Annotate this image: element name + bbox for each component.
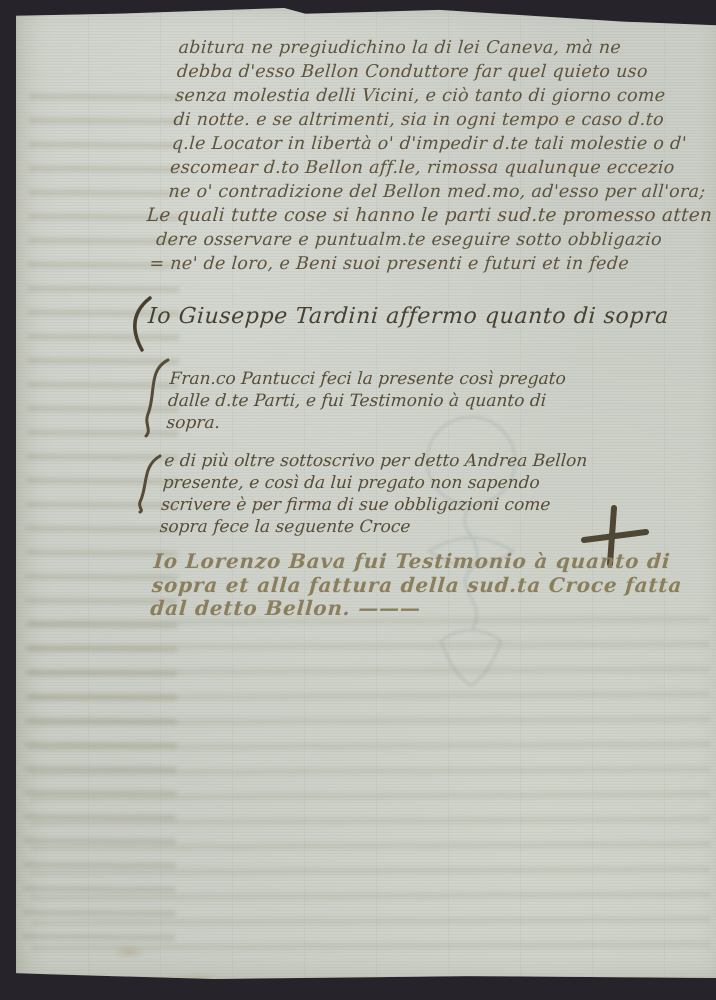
paper-stain bbox=[112, 944, 146, 960]
paper-stain bbox=[166, 972, 226, 986]
watermark bbox=[351, 391, 591, 701]
main-paragraph: abitura ne pregiudichino la di lei Canev… bbox=[163, 36, 716, 276]
manuscript-line: q.le Locator in libertà o' d'impedir d.t… bbox=[171, 132, 716, 156]
manuscript-photo: { "photo": { "background_color": "#26232… bbox=[0, 0, 716, 1000]
manuscript-line: escomear d.to Bellon aff.le, rimossa qua… bbox=[169, 156, 716, 180]
witness-statement-continued: e di più oltre sottoscrivo per detto And… bbox=[159, 450, 588, 538]
manuscript-line: debba d'esso Bellon Conduttore far quel … bbox=[176, 60, 716, 84]
affirmation-signature: Io Giuseppe Tardini affermo quanto di so… bbox=[146, 294, 670, 340]
manuscript-line: dal detto Bellon. ——— bbox=[150, 597, 682, 621]
manuscript-line: ne o' contradizione del Bellon med.mo, a… bbox=[168, 180, 715, 204]
manuscript-line: = ne' de loro, e Beni suoi presenti e fu… bbox=[149, 252, 710, 276]
manuscript-line: dere osservare e puntualm.te eseguire so… bbox=[155, 228, 711, 252]
manuscript-line: dalle d.te Parti, e fui Testimonio à qua… bbox=[167, 390, 565, 412]
manuscript-line: senza molestia delli Vicini, e ciò tanto… bbox=[174, 84, 716, 108]
manuscript-page: abitura ne pregiudichino la di lei Canev… bbox=[16, 6, 716, 980]
manuscript-line: Le quali tutte cose si hanno le parti su… bbox=[146, 204, 713, 228]
photo-background: abitura ne pregiudichino la di lei Canev… bbox=[0, 0, 716, 1000]
manuscript-line: di notte. e se altrimenti, sia in ogni t… bbox=[173, 108, 716, 132]
second-witness-statement: Io Lorenzo Bava fui Testimonio à quanto … bbox=[150, 550, 685, 621]
ink-showthrough-lower-page bbox=[29, 602, 711, 968]
manuscript-line: abitura ne pregiudichino la di lei Canev… bbox=[178, 36, 716, 60]
manuscript-line: Io Lorenzo Bava fui Testimonio à quanto … bbox=[153, 550, 685, 574]
manuscript-line: scrivere è per firma di sue obbligazioni… bbox=[160, 494, 585, 516]
manuscript-line: sopra. bbox=[166, 412, 564, 434]
manuscript-line: Fran.co Pantucci feci la presente così p… bbox=[169, 368, 567, 390]
manuscript-line: e di più oltre sottoscrivo per detto And… bbox=[164, 450, 589, 472]
ink-bracket bbox=[136, 454, 162, 514]
manuscript-line: sopra fece la seguente Croce bbox=[159, 516, 584, 538]
manuscript-line: presente, e così da lui pregato non sape… bbox=[162, 472, 587, 494]
manuscript-line: sopra et alla fattura della sud.ta Croce… bbox=[151, 574, 683, 598]
witness-statement: Fran.co Pantucci feci la presente così p… bbox=[166, 368, 567, 434]
